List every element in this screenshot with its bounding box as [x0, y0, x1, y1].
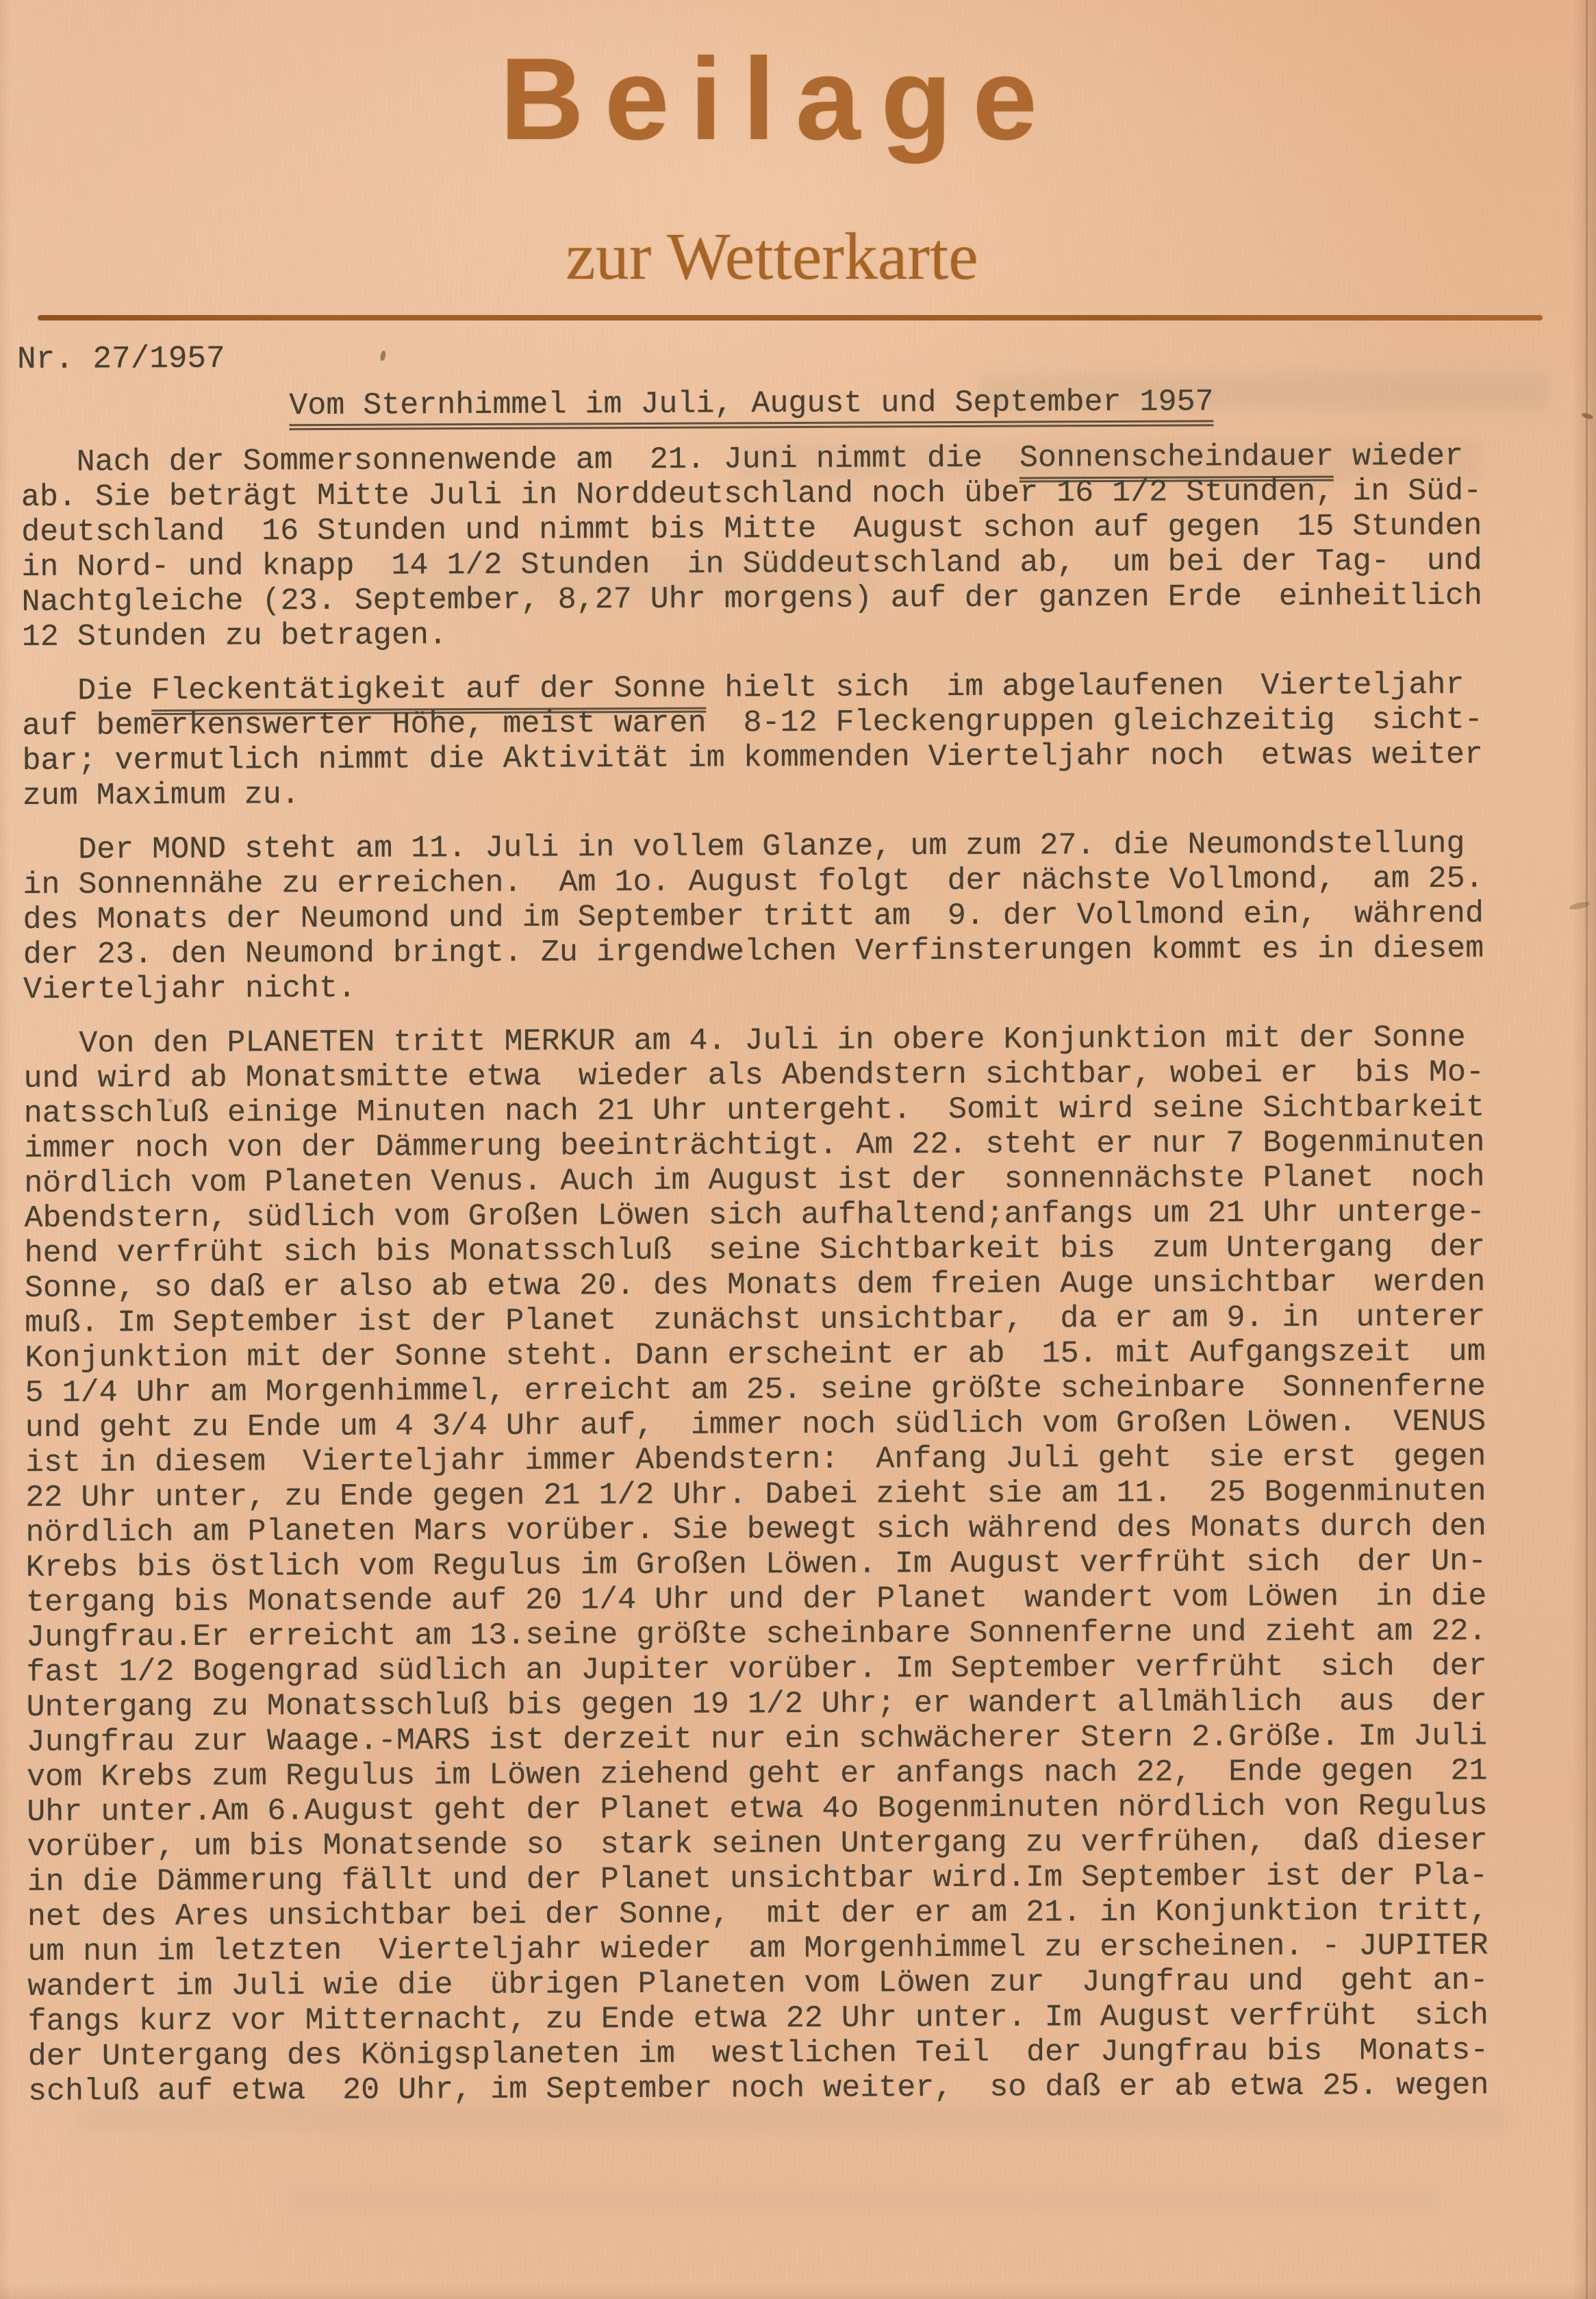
text-segment: Untergang zu Monatsschluß bis gegen 19 1…	[27, 1684, 1488, 1725]
paragraph: Nach der Sommersonnenwende am 21. Juni n…	[21, 438, 1549, 655]
text-segment: des Monats der Neumond und im September …	[23, 896, 1484, 938]
text-segment: Sonne, so daß er also ab etwa 20. des Mo…	[25, 1265, 1486, 1306]
text-line: 12 Stunden zu betragen.	[22, 613, 1549, 655]
text-segment: wieder	[1334, 439, 1463, 475]
text-segment: in Nord- und knapp 14 1/2 Stunden in Süd…	[21, 544, 1482, 585]
text-segment: Krebs bis östlich vom Regulus im Großen …	[26, 1544, 1487, 1585]
text-segment: bar; vermutlich nimmt die Aktivität im k…	[22, 738, 1483, 779]
text-segment: und geht zu Ende um 4 3/4 Uhr auf, immer…	[25, 1405, 1486, 1446]
text-segment: muß. Im September ist der Planet zunächs…	[25, 1300, 1486, 1341]
text-segment: der Untergang des Königsplaneten im west…	[28, 2033, 1489, 2074]
text-segment: 22 Uhr unter, zu Ende gegen 21 1/2 Uhr. …	[25, 1474, 1486, 1516]
text-segment: Nach der Sommersonnenwende am 21. Juni n…	[21, 441, 1019, 480]
text-line: bar; vermutlich nimmt die Aktivität im k…	[22, 737, 1549, 779]
text-segment: und wird ab Monatsmitte etwa wieder als …	[24, 1055, 1485, 1096]
text-segment: ab. Sie beträgt Mitte Juli in Norddeutsc…	[21, 474, 1482, 515]
article-title: Vom Sternhimmel im Juli, August und Sept…	[289, 386, 1213, 430]
text-segment: deutschland 16 Stunden und nimmt bis Mit…	[21, 509, 1482, 550]
text-segment: Jungfrau zur Waage.-MARS ist derzeit nur…	[27, 1719, 1488, 1760]
text-line: zum Maximum zu.	[23, 772, 1549, 814]
text-segment: nördlich vom Planeten Venus. Auch im Aug…	[24, 1160, 1485, 1201]
text-segment: Von den PLANETEN tritt MERKUR am 4. Juli…	[23, 1020, 1466, 1061]
text-line: Nachtgleiche (23. September, 8,27 Uhr mo…	[21, 578, 1548, 620]
paragraph: Von den PLANETEN tritt MERKUR am 4. Juli…	[23, 1020, 1555, 2109]
text-segment: immer noch von der Dämmerung beeinträcht…	[24, 1125, 1485, 1166]
text-segment: nördlich am Planeten Mars vorüber. Sie b…	[25, 1509, 1486, 1550]
text-segment: Vierteljahr nicht.	[23, 971, 356, 1007]
text-segment: hielt sich im abgelaufenen Vierteljahr	[706, 668, 1464, 706]
text-segment: auf bemerkenswerter Höhe, meist waren 8-…	[22, 703, 1483, 744]
text-segment: 5 1/4 Uhr am Morgenhimmel, erreicht am 2…	[25, 1370, 1486, 1411]
typewritten-layer: Nr. 27/1957 Vom Sternhimmel im Juli, Aug…	[0, 0, 1596, 2299]
text-segment: Uhr unter.Am 6.August geht der Planet et…	[27, 1789, 1488, 1830]
text-line: Vierteljahr nicht.	[23, 966, 1550, 1007]
text-segment: Der MOND steht am 11. Juli in vollem Gla…	[23, 827, 1465, 868]
text-segment: Konjunktion mit der Sonne steht. Dann er…	[25, 1335, 1486, 1376]
text-line: der 23. den Neumond bringt. Zu irgendwel…	[23, 931, 1550, 972]
text-segment: fangs kurz vor Mitternacht, zu Ende etwa…	[28, 1998, 1489, 2039]
text-segment: tergang bis Monatsende auf 20 1/4 Uhr un…	[26, 1579, 1487, 1620]
text-segment: zum Maximum zu.	[23, 777, 300, 814]
text-segment: hend verfrüht sich bis Monatsschluß sein…	[25, 1230, 1486, 1271]
text-segment: Die	[22, 673, 151, 709]
text-segment: Nachtgleiche (23. September, 8,27 Uhr mo…	[21, 579, 1482, 620]
text-line: schluß auf etwa 20 Uhr, im September noc…	[28, 2068, 1555, 2109]
text-segment: net des Ares unsichtbar bei der Sonne, m…	[27, 1894, 1489, 1935]
text-segment: schluß auf etwa 20 Uhr, im September noc…	[28, 2068, 1489, 2109]
document-page: Beilage zur Wetterkarte Nr. 27/1957 Vom …	[0, 0, 1596, 2299]
issue-number: Nr. 27/1957	[17, 343, 225, 375]
text-segment: Abendstern, südlich vom Großen Löwen sic…	[24, 1195, 1485, 1236]
text-segment: natsschluß einige Minuten nach 21 Uhr un…	[24, 1090, 1485, 1131]
text-segment: um nun im letzten Vierteljahr wieder am …	[27, 1929, 1489, 1970]
scan-edge-bottom	[0, 2284, 1596, 2299]
text-segment: der 23. den Neumond bringt. Zu irgendwel…	[23, 931, 1484, 972]
text-segment: wandert im Juli wie die übrigen Planeten…	[27, 1963, 1489, 2005]
scan-edge-left	[0, 0, 11, 2299]
text-segment: fast 1/2 Bogengrad südlich an Jupiter vo…	[26, 1649, 1487, 1690]
document-body: Nach der Sommersonnenwende am 21. Juni n…	[21, 438, 1556, 2128]
text-segment: ist in diesem Vierteljahr immer Abendste…	[25, 1440, 1486, 1481]
text-segment: in die Dämmerung fällt und der Planet un…	[27, 1859, 1489, 1900]
page-edge-line	[1586, 0, 1588, 2299]
paragraph: Der MOND steht am 11. Juli in vollem Gla…	[23, 826, 1550, 1007]
text-segment: Jungfrau.Er erreicht am 13.seine größte …	[26, 1614, 1487, 1655]
text-segment: vorüber, um bis Monatsende so stark sein…	[27, 1824, 1488, 1865]
text-segment: 12 Stunden zu betragen.	[22, 618, 447, 655]
ink-speck	[168, 1098, 173, 1103]
text-segment: in Sonnennähe zu erreichen. Am 1o. Augus…	[23, 862, 1484, 903]
paragraph: Die Fleckentätigkeit auf der Sonne hielt…	[22, 667, 1549, 814]
scan-edge-right	[1573, 0, 1596, 2299]
text-segment: vom Krebs zum Regulus im Löwen ziehend g…	[27, 1754, 1488, 1795]
